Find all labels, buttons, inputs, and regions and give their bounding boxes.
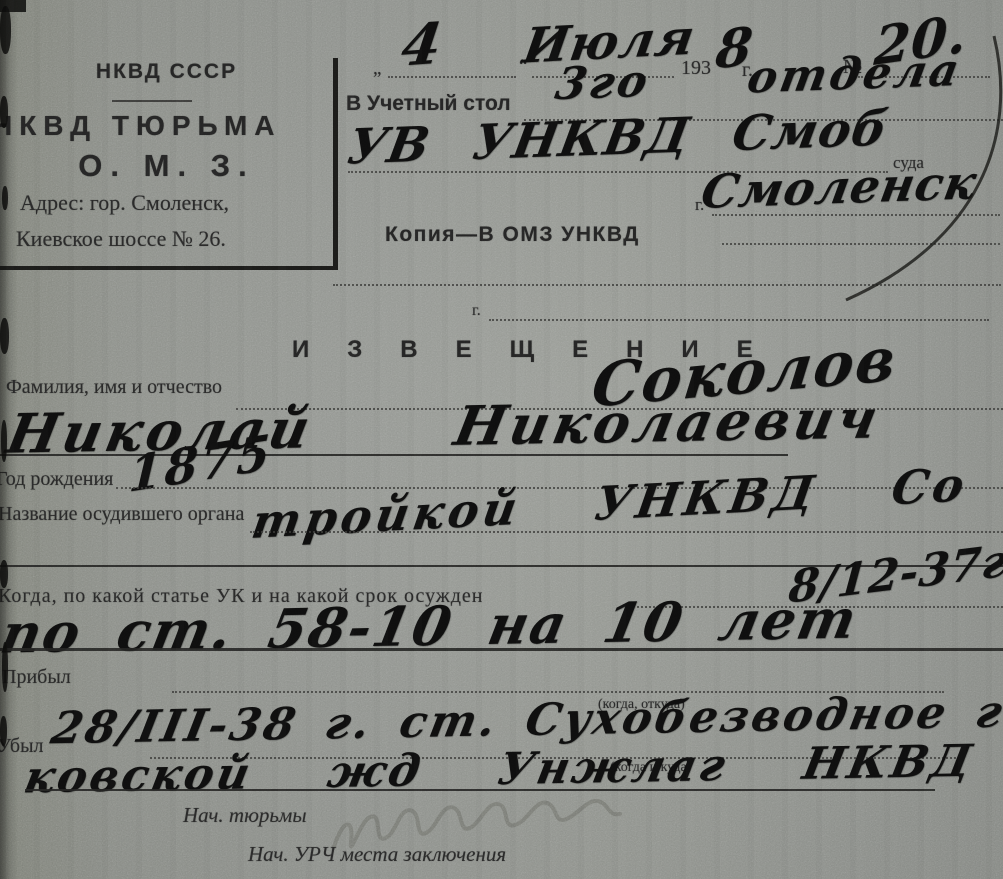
letterhead-address-1: Адрес: гор. Смоленск, [20, 190, 229, 216]
letterhead-address-2: Киевское шоссе № 26. [16, 226, 226, 252]
organ-handwritten: тройкой УНКВД Со [248, 457, 972, 549]
name-underline [0, 454, 788, 456]
ink-flourish [818, 28, 1003, 318]
organ-line [250, 531, 1003, 533]
scanned-document: НКВД СССР НКВД ТЮРЬМА О. М. З. Адрес: го… [0, 0, 1003, 879]
date-day-handwritten: 4 [397, 10, 446, 80]
city-label-2: г. [472, 302, 481, 320]
name-label: Фамилия, имя и отчество [6, 376, 222, 399]
scan-edge-mark [0, 96, 8, 128]
scan-edge-mark [0, 560, 8, 588]
sentence-underline [0, 648, 1003, 651]
scan-edge-mark [0, 318, 9, 354]
letterhead-title: НКВД ТЮРЬМА [0, 110, 282, 142]
scan-edge-mark [2, 642, 8, 692]
scan-edge-mark [1, 420, 7, 462]
letterhead-org: НКВД СССР [0, 60, 333, 84]
copy-label: Копия—В ОМЗ УНКВД [385, 223, 640, 247]
warden-label: Нач. тюрьмы [183, 803, 307, 828]
letterhead-omz: О. М. З. [0, 148, 333, 184]
letterhead-divider [112, 100, 192, 102]
city-line-2 [489, 319, 989, 321]
scan-edge-mark [0, 716, 7, 746]
organ-label: Название осудившего органа [0, 503, 244, 526]
urch-label: Нач. УРЧ места заключения [248, 842, 506, 867]
letterhead-box: НКВД СССР НКВД ТЮРЬМА О. М. З. Адрес: го… [0, 58, 338, 270]
scan-edge-mark [2, 186, 8, 210]
recipient-label: В Учетный стол [346, 92, 511, 116]
sentence-handwritten: по ст. 58-10 на 10 лет [0, 586, 864, 665]
scan-edge-mark [0, 6, 11, 54]
scan-corner-mark [0, 0, 26, 12]
date-quote-open: „ [373, 58, 381, 80]
